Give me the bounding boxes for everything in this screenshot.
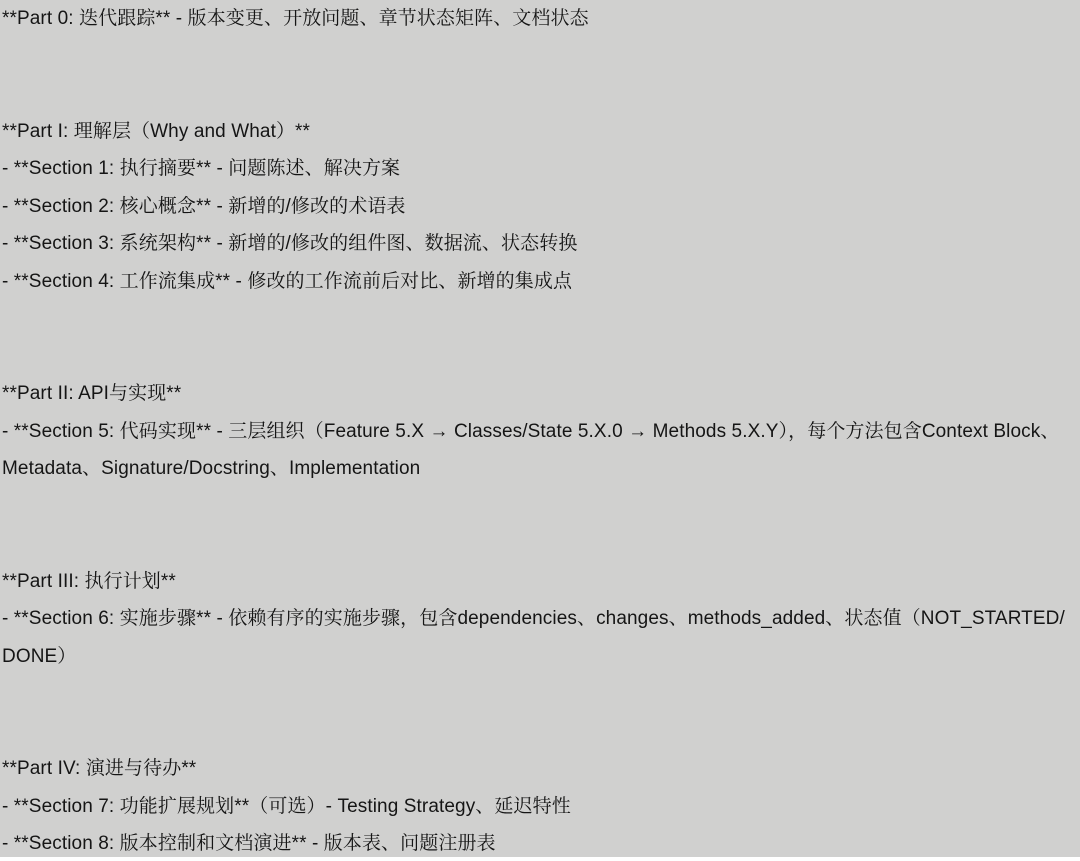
document-text-content: **Part 0: 迭代跟踪** - 版本变更、开放问题、章节状态矩阵、文档状态… <box>0 0 1080 857</box>
text-line: **Part III: 执行计划** <box>2 563 1080 601</box>
paragraph-block: **Part IV: 演进与待办**- **Section 7: 功能扩展规划*… <box>2 750 1080 857</box>
text-line: - **Section 6: 实施步骤** - 依赖有序的实施步骤，包含depe… <box>2 600 1080 638</box>
paragraph-block: **Part II: API与实现**- **Section 5: 代码实现**… <box>2 375 1080 488</box>
text-line: - **Section 4: 工作流集成** - 修改的工作流前后对比、新增的集… <box>2 263 1080 301</box>
text-line: - **Section 5: 代码实现** - 三层组织（Feature 5.X… <box>2 413 1080 451</box>
document-page: **Part 0: 迭代跟踪** - 版本变更、开放问题、章节状态矩阵、文档状态… <box>0 0 1080 857</box>
paragraph-block: **Part 0: 迭代跟踪** - 版本变更、开放问题、章节状态矩阵、文档状态 <box>2 0 1080 38</box>
text-line: - **Section 2: 核心概念** - 新增的/修改的术语表 <box>2 188 1080 226</box>
paragraph-block: **Part III: 执行计划**- **Section 6: 实施步骤** … <box>2 563 1080 676</box>
text-line: - **Section 3: 系统架构** - 新增的/修改的组件图、数据流、状… <box>2 225 1080 263</box>
text-line: **Part I: 理解层（Why and What）** <box>2 113 1080 151</box>
text-line: **Part 0: 迭代跟踪** - 版本变更、开放问题、章节状态矩阵、文档状态 <box>2 0 1080 38</box>
text-line: **Part II: API与实现** <box>2 375 1080 413</box>
text-line: **Part IV: 演进与待办** <box>2 750 1080 788</box>
text-line: - **Section 8: 版本控制和文档演进** - 版本表、问题注册表 <box>2 825 1080 857</box>
text-line: - **Section 7: 功能扩展规划**（可选）- Testing Str… <box>2 788 1080 826</box>
text-line: Metadata、Signature/Docstring、Implementat… <box>2 450 1080 488</box>
page-bottom-edge <box>0 857 1080 861</box>
text-line: DONE） <box>2 638 1080 676</box>
paragraph-block: **Part I: 理解层（Why and What）**- **Section… <box>2 113 1080 301</box>
text-line: - **Section 1: 执行摘要** - 问题陈述、解决方案 <box>2 150 1080 188</box>
